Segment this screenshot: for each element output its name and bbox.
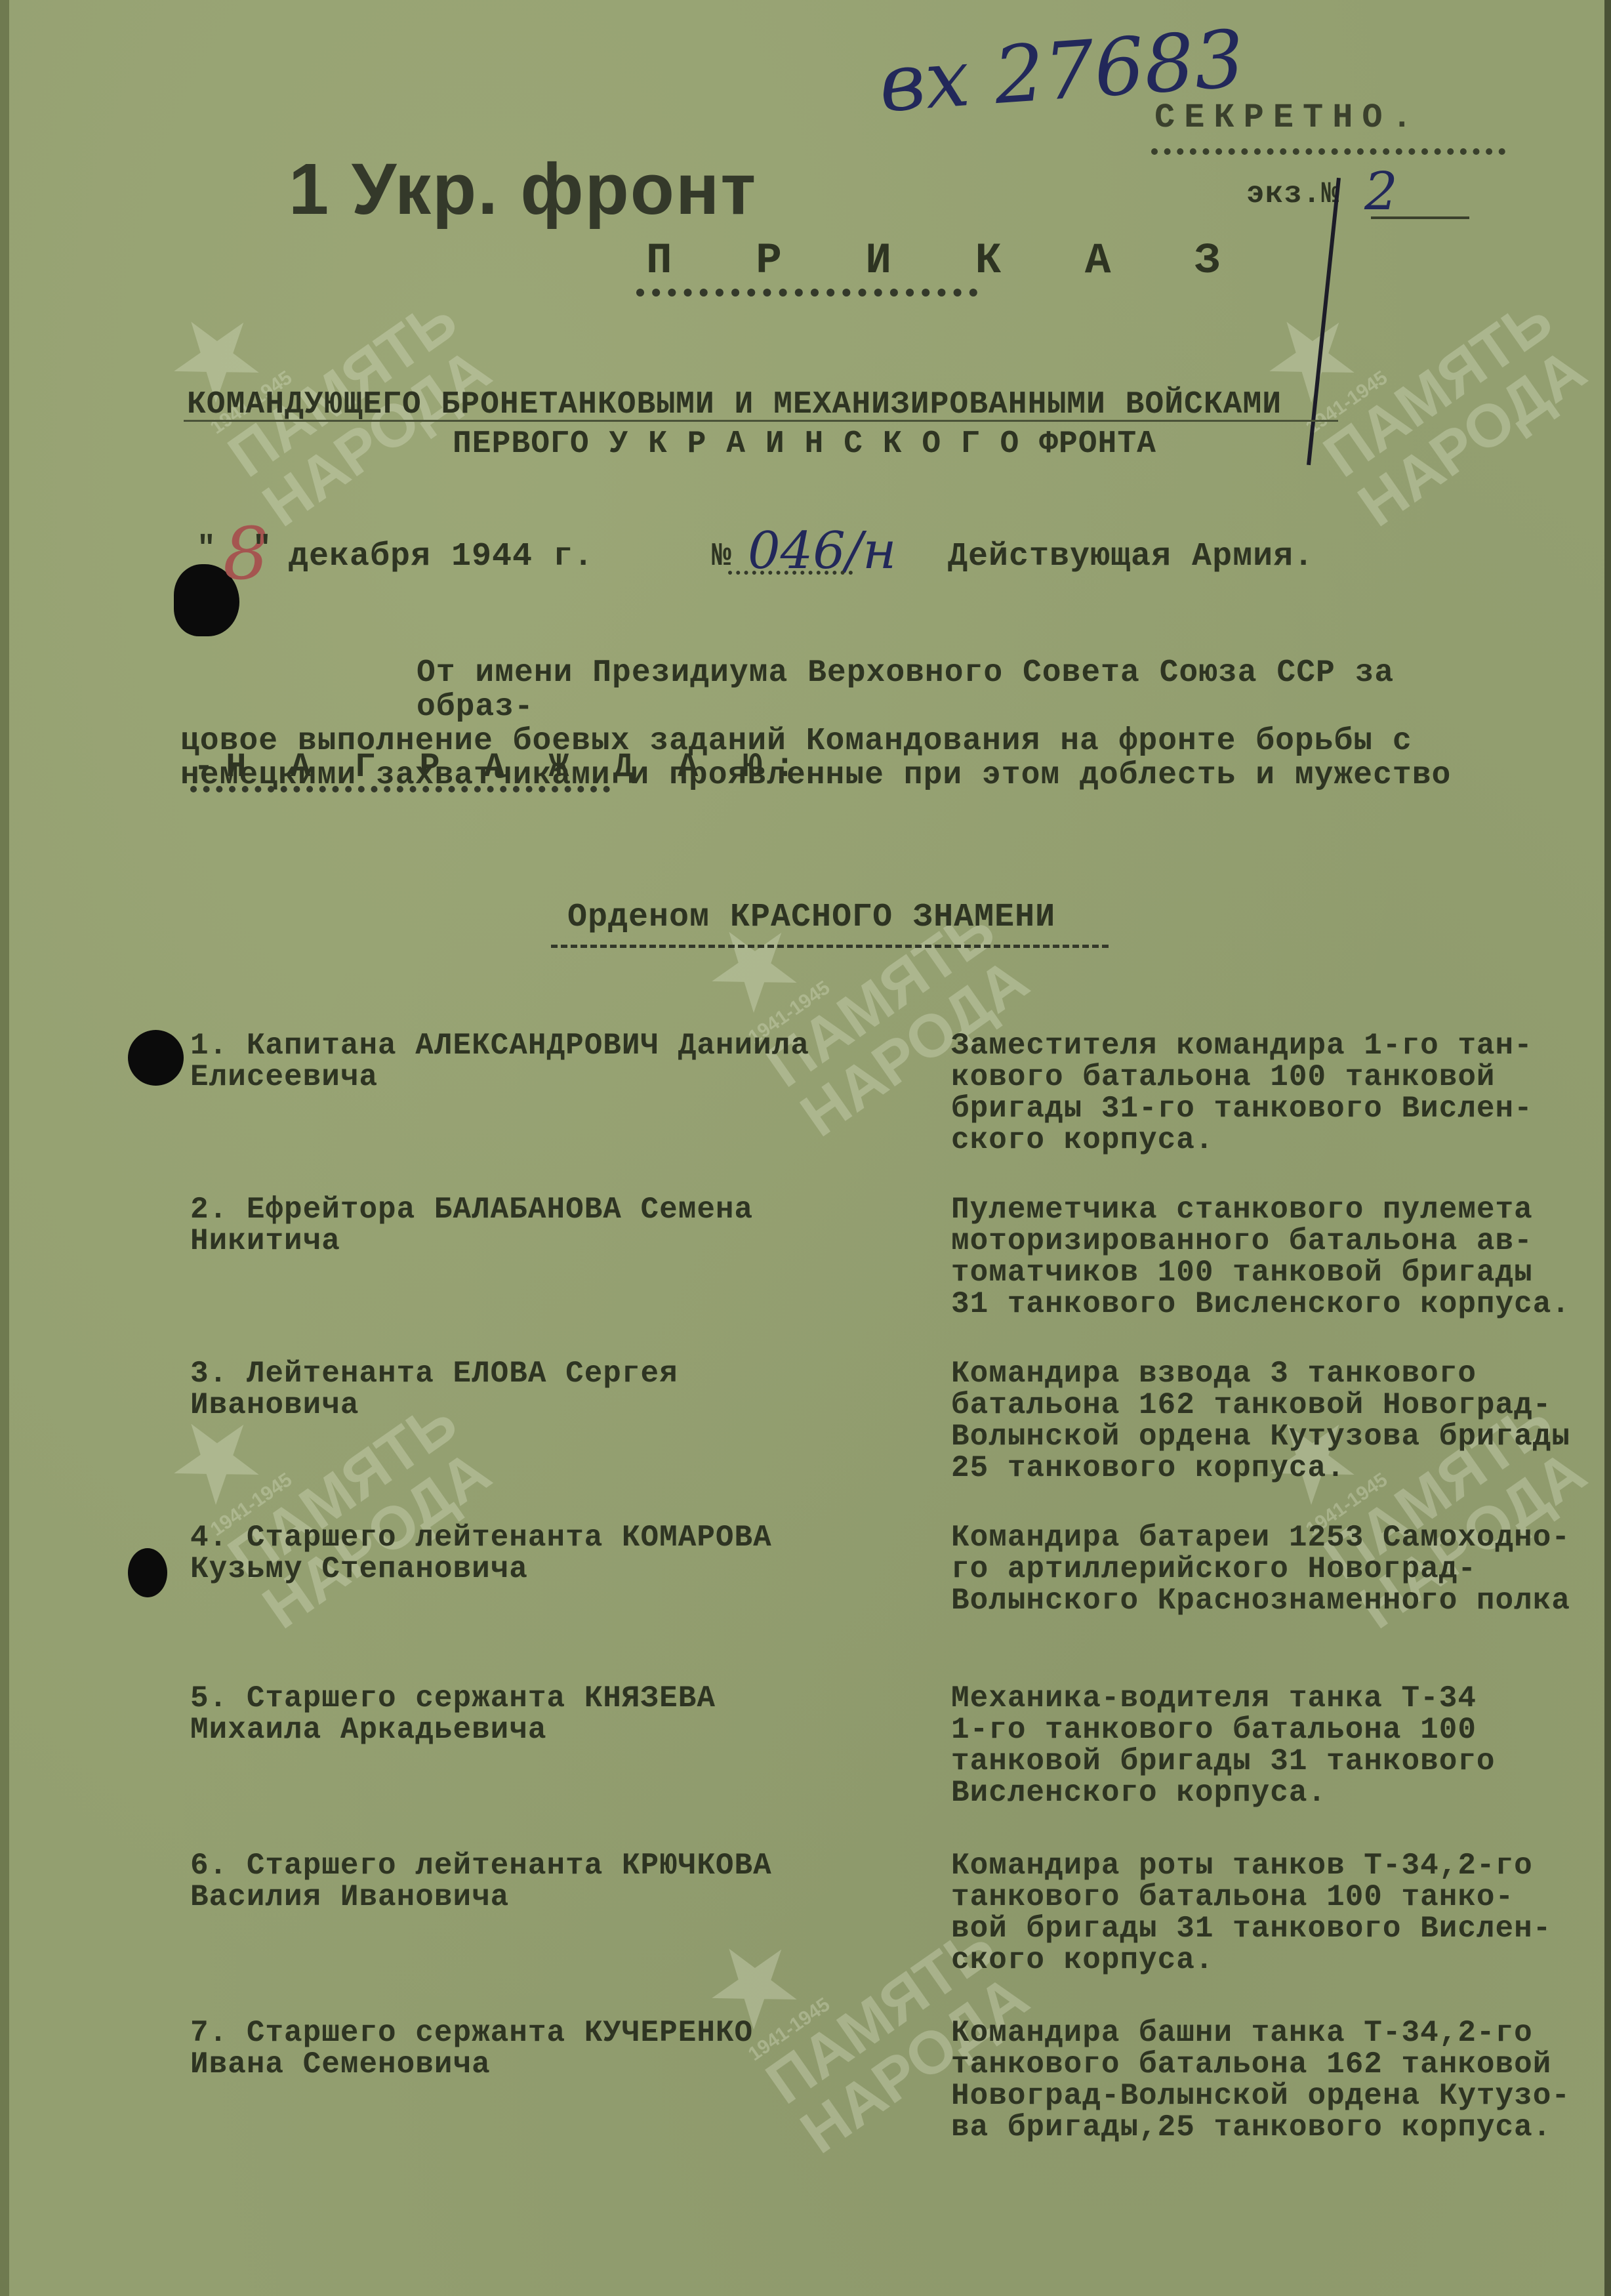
- title-underline: [636, 289, 977, 297]
- ink-blot: [128, 1030, 184, 1086]
- recipient-position: Командира роты танков Т-34,2-го танковог…: [951, 1850, 1607, 1976]
- copy-underline: [1371, 216, 1469, 219]
- order-number-sign: №: [712, 538, 732, 575]
- recipient-position: Командира батареи 1253 Самоходно- го арт…: [951, 1522, 1607, 1616]
- document-page: ★ 1941-1945 ПАМЯТЬ НАРОДА ★ 1941-1945 ПА…: [0, 0, 1611, 2296]
- recipient-position: Пулеметчика станкового пулемета моторизи…: [951, 1194, 1607, 1320]
- date-quote-close: ": [253, 531, 272, 567]
- location: Действующая Армия.: [948, 538, 1314, 575]
- page-edge-left: [0, 0, 9, 2296]
- recipient-position: Механика-водителя танка Т-34 1-го танков…: [951, 1683, 1607, 1809]
- issuer-line-1: КОМАНДУЮЩЕГО БРОНЕТАНКОВЫМИ И МЕХАНИЗИРО…: [187, 387, 1282, 422]
- recipient-position: Командира башни танка Т-34,2-го танковог…: [951, 2017, 1607, 2143]
- document-title: П Р И К А З: [646, 236, 1250, 285]
- recipient-name: 6. Старшего лейтенанта КРЮЧКОВА Василия …: [190, 1850, 912, 1913]
- recipient-position: Заместителя командира 1-го тан- кового б…: [951, 1030, 1607, 1156]
- order-heading: Орденом КРАСНОГО ЗНАМЕНИ: [567, 899, 1055, 936]
- date-quote-open: ": [197, 531, 216, 567]
- preamble-line-1: От имени Президиума Верховного Совета Со…: [180, 656, 1512, 724]
- classification-stamp: СЕКРЕТНО.: [1154, 98, 1421, 137]
- watermark: ★ 1941-1945 ПАМЯТЬ НАРОДА: [151, 1294, 502, 1639]
- copy-number: 2: [1364, 161, 1398, 222]
- recipient-name: 5. Старшего сержанта КНЯЗЕВА Михаила Арк…: [190, 1683, 912, 1746]
- recipient-position: Командира взвода 3 танкового батальона 1…: [951, 1358, 1607, 1484]
- issuer-line-2: ПЕРВОГО У К Р А И Н С К О Г О ФРОНТА: [453, 426, 1156, 462]
- date-month-year: декабря 1944 г.: [289, 538, 594, 575]
- recipient-name: 3. Лейтенанта ЕЛОВА Сергея Ивановича: [190, 1358, 912, 1421]
- recipient-name: 7. Старшего сержанта КУЧЕРЕНКО Ивана Сем…: [190, 2017, 912, 2080]
- classification-underline: [1151, 139, 1505, 155]
- front-stamp: 1 Укр. фронт: [289, 148, 757, 231]
- ink-blot: [128, 1548, 167, 1597]
- watermark: ★ 1941-1945 ПАМЯТЬ НАРОДА: [151, 192, 502, 537]
- copy-label: экз.№: [1246, 177, 1340, 211]
- awarded-underline: [190, 786, 610, 792]
- recipient-name: 4. Старшего лейтенанта КОМАРОВА Кузьму С…: [190, 1522, 912, 1585]
- issuer-rule: [184, 420, 1338, 422]
- recipient-name: 2. Ефрейтора БАЛАБАНОВА Семена Никитича: [190, 1194, 912, 1257]
- recipient-name: 1. Капитана АЛЕКСАНДРОВИЧ Даниила Елисее…: [190, 1030, 912, 1093]
- watermark: ★ 1941-1945 ПАМЯТЬ НАРОДА: [1246, 192, 1597, 537]
- awarded-heading: -Н А Г Р А Ж Д А Ю:: [194, 748, 807, 787]
- order-heading-underline: [551, 945, 1109, 948]
- order-number-underline: [728, 571, 853, 575]
